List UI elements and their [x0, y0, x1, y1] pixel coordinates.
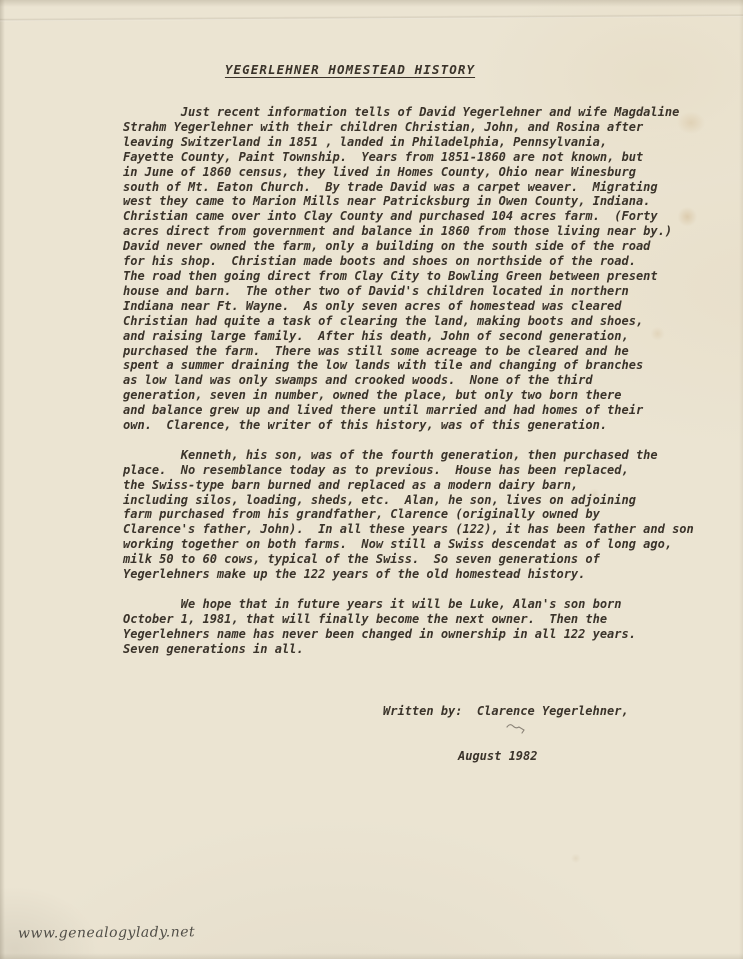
paper-crease: [0, 14, 743, 22]
signature-date: August 1982: [383, 749, 723, 764]
watermark: www.genealogylady.net: [18, 924, 195, 942]
pencil-squiggle-mark: [504, 720, 534, 736]
page-title: YEGERLEHNER HOMESTEAD HISTORY: [0, 62, 700, 77]
paragraph-1: Just recent information tells of David Y…: [123, 105, 723, 433]
paragraph-3: We hope that in future years it will be …: [123, 597, 723, 657]
scanned-document-page: YEGERLEHNER HOMESTEAD HISTORY Just recen…: [0, 0, 743, 959]
paragraph-2: Kenneth, his son, was of the fourth gene…: [123, 448, 723, 582]
signature-block: Written by: Clarence Yegerlehner, August…: [123, 675, 723, 794]
written-by-line: Written by: Clarence Yegerlehner,: [383, 704, 723, 719]
document-body: Just recent information tells of David Y…: [123, 105, 723, 794]
